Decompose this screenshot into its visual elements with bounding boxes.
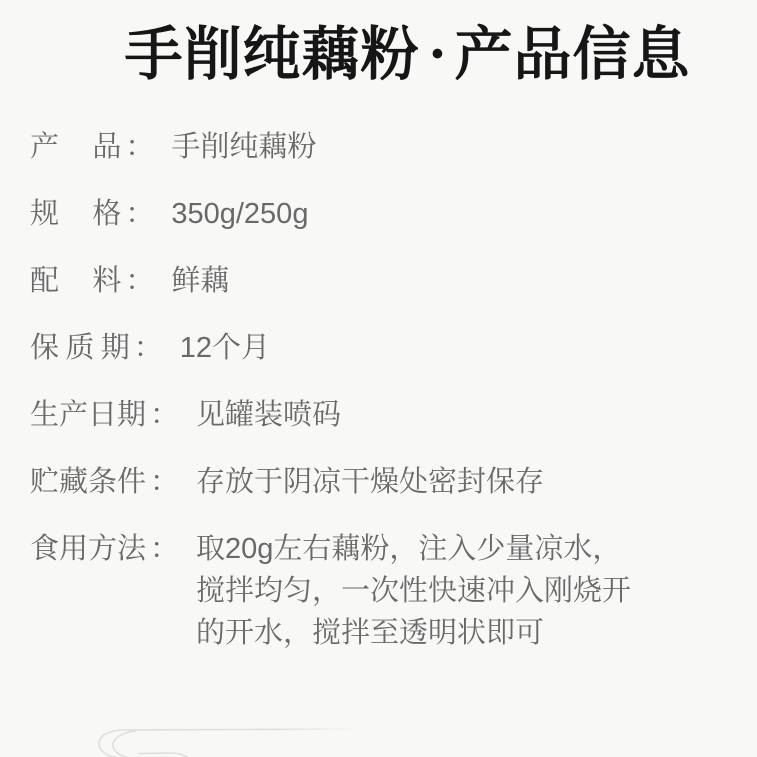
product-spec-row: 配料：鲜藕 — [30, 260, 739, 302]
spec-colon: ： — [125, 260, 145, 302]
spec-label: 保质期 — [30, 327, 136, 369]
spec-value-line: 350g/250g — [171, 193, 739, 235]
spec-colon: ： — [134, 327, 154, 369]
product-spec-list: 产品：手削纯藕粉规格：350g/250g配料：鲜藕保质期：12个月生产日期：见罐… — [30, 126, 739, 679]
spec-value: 12个月 — [180, 327, 739, 369]
spec-value: 350g/250g — [171, 193, 739, 235]
spec-value-line: 存放于阴凉干燥处密封保存 — [196, 461, 739, 503]
product-spec-row: 保质期：12个月 — [30, 327, 739, 369]
spec-value: 手削纯藕粉 — [171, 126, 739, 168]
product-spec-row: 贮藏条件：存放于阴凉干燥处密封保存 — [30, 461, 739, 503]
spec-value-line: 12个月 — [180, 327, 739, 369]
product-spec-row: 生产日期：见罐装喷码 — [30, 394, 739, 436]
spec-value: 见罐装喷码 — [196, 394, 739, 436]
spec-colon: ： — [125, 126, 145, 168]
spec-label: 食用方法 — [30, 528, 146, 570]
product-spec-row: 食用方法：取20g左右藕粉，注入少量凉水，搅拌均匀，一次性快速冲入刚烧开的开水，… — [30, 528, 739, 654]
spec-value-line: 手削纯藕粉 — [171, 126, 739, 168]
product-info-page: 手削纯藕粉•产品信息 产品：手削纯藕粉规格：350g/250g配料：鲜藕保质期：… — [0, 0, 757, 757]
spec-label: 贮藏条件 — [30, 461, 146, 503]
spec-value: 存放于阴凉干燥处密封保存 — [196, 461, 739, 503]
spec-colon: ： — [125, 193, 145, 235]
product-spec-row: 规格：350g/250g — [30, 193, 739, 235]
spec-colon: ： — [150, 461, 170, 503]
can-rim-line-art-icon — [0, 723, 400, 757]
title-section-name: 产品信息 — [454, 22, 690, 87]
spec-value-line: 鲜藕 — [171, 260, 739, 302]
spec-value: 鲜藕 — [171, 260, 739, 302]
product-spec-row: 产品：手削纯藕粉 — [30, 126, 739, 168]
spec-label: 生产日期 — [30, 394, 146, 436]
title-separator-dot: • — [432, 20, 445, 88]
spec-value: 取20g左右藕粉，注入少量凉水，搅拌均匀，一次性快速冲入刚烧开的开水，搅拌至透明… — [196, 528, 739, 654]
spec-value-line: 取20g左右藕粉，注入少量凉水， — [196, 528, 739, 570]
spec-value-line: 的开水，搅拌至透明状即可 — [196, 612, 739, 654]
title-product-name: 手削纯藕粉 — [125, 22, 420, 87]
spec-value-line: 见罐装喷码 — [196, 394, 739, 436]
page-title: 手削纯藕粉•产品信息 — [0, 20, 757, 89]
spec-value-line: 搅拌均匀，一次性快速冲入刚烧开 — [196, 570, 739, 612]
spec-colon: ： — [150, 394, 170, 436]
spec-colon: ： — [150, 528, 170, 570]
